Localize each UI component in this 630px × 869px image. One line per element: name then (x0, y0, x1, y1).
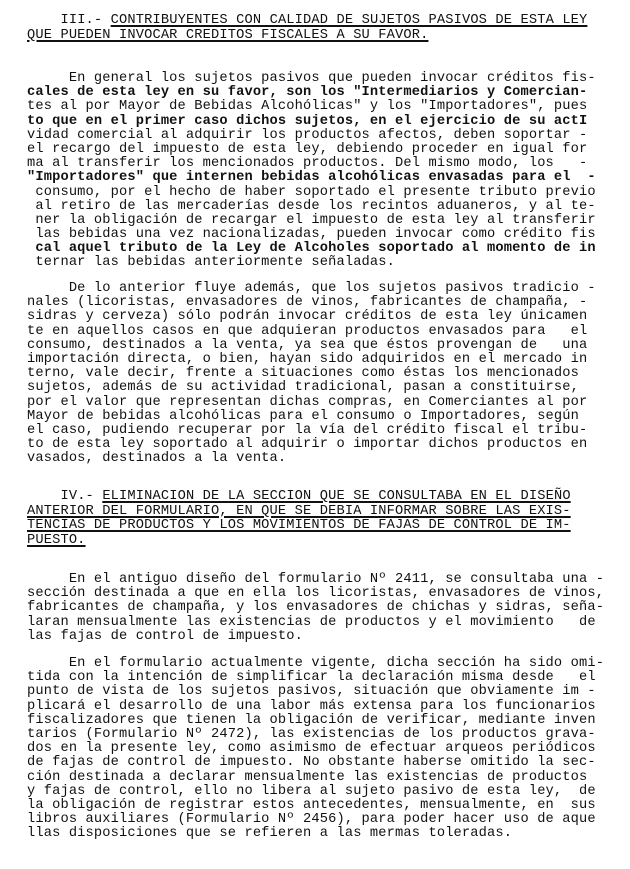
text-line: y fajas de control, ello no libera al su… (27, 785, 607, 799)
text-line: las fajas de control de impuesto. (27, 630, 607, 644)
text-line: sección destinada a que en ella los lico… (27, 587, 607, 601)
heading-line: III.- CONTRIBUYENTES CON CALIDAD DE SUJE… (27, 14, 607, 29)
text-line: cales de esta ley en su favor, son los "… (27, 86, 607, 100)
section-number: III.- (60, 13, 102, 28)
text-line: nales (licoristas, envasadores de vinos,… (27, 296, 607, 310)
section-title: ANTERIOR DEL FORMULARIO, EN QUE SE DEBIA… (27, 504, 571, 519)
text-line: En el formulario actualmente vigente, di… (27, 657, 607, 671)
text-line: "Importadores" que internen bebidas alco… (27, 171, 607, 185)
text-line: plicará el desarrollo de una labor más e… (27, 700, 607, 714)
heading-line: ANTERIOR DEL FORMULARIO, EN QUE SE DEBIA… (27, 505, 607, 520)
section-title: QUE PUEDEN INVOCAR CREDITOS FISCALES A S… (27, 28, 428, 43)
text-line: terno, vale decir, frente a situaciones … (27, 367, 607, 381)
text-line: tarios (Formulario Nº 2472), las existen… (27, 728, 607, 742)
text-line: importación directa, o bien, hayan sido … (27, 353, 607, 367)
paragraph: En el formulario actualmente vigente, di… (27, 657, 607, 841)
paragraph: En el antiguo diseño del formulario Nº 2… (27, 573, 607, 644)
text-line: las bebidas una vez nacionalizadas, pued… (27, 228, 607, 242)
text-line: la obligación de registrar estos anteced… (27, 799, 607, 813)
text-line: llas disposiciones que se refieren a las… (27, 827, 607, 841)
text-line: ma al transferir los mencionados product… (27, 157, 607, 171)
text-line: En el antiguo diseño del formulario Nº 2… (27, 573, 607, 587)
text-line: consumo, por el hecho de haber soportado… (27, 186, 607, 200)
heading-line: QUE PUEDEN INVOCAR CREDITOS FISCALES A S… (27, 29, 607, 44)
text-line: vasados, destinados a la venta. (27, 452, 607, 466)
text-line: to que en el primer caso dichos sujetos,… (27, 115, 607, 129)
heading-line: TENCIAS DE PRODUCTOS Y LOS MOVIMIENTOS D… (27, 519, 607, 534)
text-line: tida con la intención de simplificar la … (27, 671, 607, 685)
section-number: IV.- (60, 489, 93, 504)
text-line: por el valor que representan dichas comp… (27, 396, 607, 410)
text-line: vidad comercial al adquirir los producto… (27, 129, 607, 143)
section-iii-heading: III.- CONTRIBUYENTES CON CALIDAD DE SUJE… (27, 14, 607, 43)
section-title: ELIMINACION DE LA SECCION QUE SE CONSULT… (102, 489, 570, 504)
text-line: cal aquel tributo de la Ley de Alcoholes… (27, 242, 607, 256)
text-line: Mayor de bebidas alcohólicas para el con… (27, 410, 607, 424)
heading-line: PUESTO. (27, 534, 607, 549)
text-line: consumo, destinados a la venta, ya sea q… (27, 339, 607, 353)
text-line: sidras y cerveza) sólo podrán invocar cr… (27, 310, 607, 324)
text-line: to de esta ley soportado al adquirir o i… (27, 438, 607, 452)
text-line: al retiro de las mercaderías desde los r… (27, 200, 607, 214)
paragraph: De lo anterior fluye además, que los suj… (27, 282, 607, 466)
text-line: libros auxiliares (Formulario Nº 2456), … (27, 813, 607, 827)
heading-line: IV.- ELIMINACION DE LA SECCION QUE SE CO… (27, 490, 607, 505)
section-title: TENCIAS DE PRODUCTOS Y LOS MOVIMIENTOS D… (27, 518, 571, 533)
text-line: ción destinada a declarar mensualmente l… (27, 771, 607, 785)
text-line: el caso, pudiendo recuperar por la vía d… (27, 424, 607, 438)
text-line: ternar las bebidas anteriormente señalad… (27, 256, 607, 270)
text-line: te en aquellos casos en que adquieran pr… (27, 325, 607, 339)
text-line: dos en la presente ley, como asimismo de… (27, 742, 607, 756)
paragraph: En general los sujetos pasivos que puede… (27, 72, 607, 271)
text-line: En general los sujetos pasivos que puede… (27, 72, 607, 86)
text-line: sujetos, además de su actividad tradicio… (27, 381, 607, 395)
text-line: de fajas de control de impuesto. No obst… (27, 756, 607, 770)
document-page: III.- CONTRIBUYENTES CON CALIDAD DE SUJE… (0, 0, 630, 869)
text-line: tes al por Mayor de Bebidas Alcohólicas"… (27, 100, 607, 114)
text-line: laran mensualmente las existencias de pr… (27, 616, 607, 630)
text-line: ner la obligación de recargar el impuest… (27, 214, 607, 228)
text-line: De lo anterior fluye además, que los suj… (27, 282, 607, 296)
text-line: fabricantes de champaña, y los envasador… (27, 601, 607, 615)
text-line: fiscalizadores que tienen la obligación … (27, 714, 607, 728)
text-line: el recargo del impuesto de esta ley, deb… (27, 143, 607, 157)
text-line: punto de vista de los sujetos pasivos, s… (27, 685, 607, 699)
section-title: PUESTO. (27, 533, 86, 548)
section-iv-heading: IV.- ELIMINACION DE LA SECCION QUE SE CO… (27, 490, 607, 548)
section-title: CONTRIBUYENTES CON CALIDAD DE SUJETOS PA… (111, 13, 588, 28)
